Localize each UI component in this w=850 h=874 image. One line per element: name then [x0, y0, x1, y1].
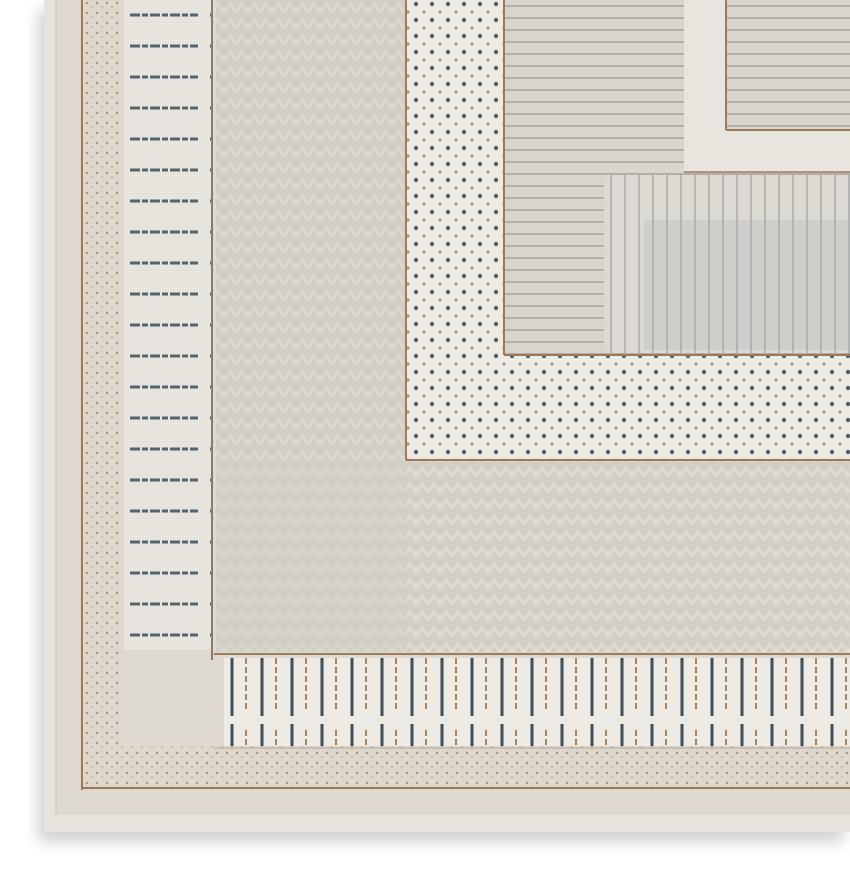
rug-pattern	[44, 0, 850, 832]
rug-corner	[44, 0, 850, 832]
